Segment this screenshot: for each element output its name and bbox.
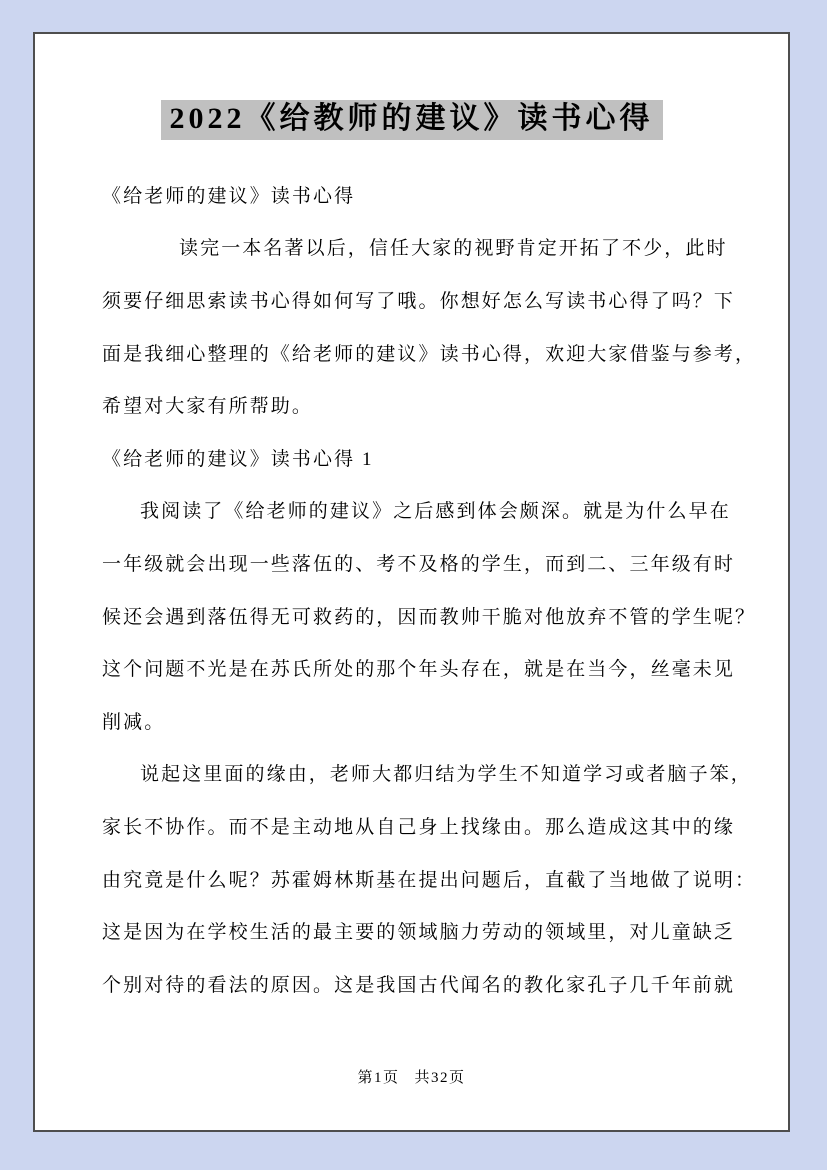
text-line: 一年级就会出现一些落伍的、考不及格的学生，而到二、三年级有时 [102,536,730,589]
total-pages: 共32页 [415,1070,466,1086]
text-line: 面是我细心整理的《给老师的建议》读书心得，欢迎大家借鉴与参考， [102,326,730,379]
text-line: 须要仔细思索读书心得如何写了哦。你想好怎么写读书心得了吗？下 [102,273,730,326]
text-line: 这是因为在学校生活的最主要的领域脑力劳动的领域里，对儿童缺乏 [102,904,730,957]
text-line: 说起这里面的缘由，老师大都归结为学生不知道学习或者脑子笨， [102,747,730,800]
document-page: 2022《给教师的建议》读书心得 《给老师的建议》读书心得读完一本名著以后，信任… [33,32,790,1132]
page-footer: 第1页共32页 [35,1066,788,1087]
title-row: 2022《给教师的建议》读书心得 [35,100,788,140]
text-line: 候还会遇到落伍得无可救药的，因而教帅干脆对他放弃不管的学生呢？ [102,589,730,642]
text-line: 家长不协作。而不是主动地从自己身上找缘由。那么造成这其中的缘 [102,799,730,852]
text-line: 个别对待的看法的原因。这是我国古代闻名的教化家孔子几千年前就 [102,957,730,1010]
document-body: 《给老师的建议》读书心得读完一本名著以后，信任大家的视野肯定开拓了不少，此时须要… [102,168,730,1010]
text-line: 由究竟是什么呢？苏霍姆林斯基在提出问题后，直截了当地做了说明： [102,852,730,905]
text-line: 削减。 [102,694,730,747]
text-line: 《给老师的建议》读书心得 1 [102,431,730,484]
text-line: 我阅读了《给老师的建议》之后感到体会颇深。就是为什么早在 [102,484,730,537]
page-number: 第1页 [357,1070,399,1086]
document-title: 2022《给教师的建议》读书心得 [161,100,663,140]
text-line: 读完一本名著以后，信任大家的视野肯定开拓了不少，此时 [102,221,730,274]
text-line: 这个问题不光是在苏氏所处的那个年头存在，就是在当今，丝毫未见 [102,641,730,694]
document-viewer: 2022《给教师的建议》读书心得 《给老师的建议》读书心得读完一本名著以后，信任… [0,0,827,1170]
text-line: 《给老师的建议》读书心得 [102,168,730,221]
text-line: 希望对大家有所帮助。 [102,378,730,431]
